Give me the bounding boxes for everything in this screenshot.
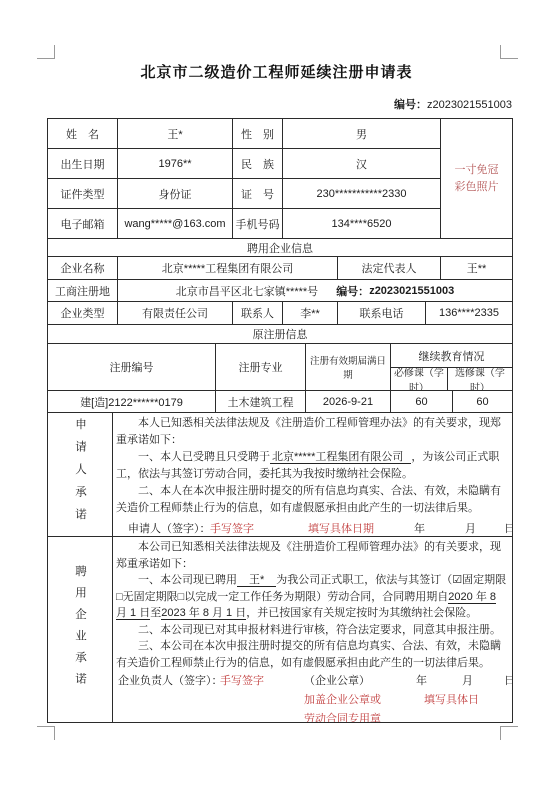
seal-hint-line2: 劳动合同专用章 bbox=[304, 710, 381, 723]
employer-signature-row: 企业负责人（签字）： 手写签字 （企业公章） 年 月 日 bbox=[116, 672, 509, 689]
company-label: 企业名称 bbox=[48, 257, 118, 280]
contact-value: 李** bbox=[283, 302, 338, 325]
reg-addr-value: 北京市昌平区北七家镇*****号 编号： z2023021551003 bbox=[118, 280, 513, 302]
table-row: 姓 名 王* 性 别 男 bbox=[48, 119, 441, 149]
id-no-value: 230***********2330 bbox=[283, 179, 441, 209]
mobile-value: 134****6520 bbox=[283, 209, 441, 239]
applicant-commitment-block: 申请人承诺 本人已知悉相关法律法规及《注册造价工程师管理办法》的有关要求，现郑重… bbox=[48, 413, 513, 537]
seal-hint-row: 加盖企业公章或 填写具体日 bbox=[116, 691, 509, 706]
reg-no-value: 建[造]2122******0179 bbox=[48, 391, 216, 413]
applicant-item2: 二、本人在本次申报注册时提交的所有信息均真实、合法、有效，未隐瞒有关造价工程师禁… bbox=[116, 483, 509, 517]
photo-note-line1: 一寸免冠 bbox=[455, 162, 499, 179]
month-label: 月 bbox=[462, 672, 473, 688]
table-row: 企业类型 有限责任公司 联系人 李** 联系电话 136****2335 bbox=[48, 302, 513, 325]
day-label: 日 bbox=[504, 672, 513, 688]
id-type-value: 身份证 bbox=[118, 179, 233, 209]
applicant-sign-hint: 手写签字 bbox=[210, 520, 254, 536]
contact-label: 联系人 bbox=[233, 302, 283, 325]
stamp-no-label: 编号： bbox=[336, 283, 369, 299]
form-number-label: 编号： bbox=[394, 99, 427, 111]
seal-hint-line1: 加盖企业公章或 bbox=[304, 691, 381, 707]
mobile-label: 手机号码 bbox=[233, 209, 283, 239]
form-number: 编号：z2023021551003 bbox=[47, 96, 512, 112]
elective-hours-value: 60 bbox=[453, 391, 513, 413]
applicant-date-hint: 填写具体日期 bbox=[308, 520, 374, 536]
major-value: 土木建筑工程 bbox=[216, 391, 306, 413]
stamp-no-value: z2023021551003 bbox=[369, 285, 454, 297]
page-title: 北京市二级造价工程师延续注册申请表 bbox=[0, 61, 553, 82]
year-label: 年 bbox=[416, 672, 427, 688]
employer-item1-name: 王* bbox=[237, 574, 276, 587]
employer-commitment-content: 本公司已知悉相关法律法规及《注册造价工程师管理办法》的有关要求，现郑重承诺如下：… bbox=[113, 537, 513, 723]
document-page: 北京市二级造价工程师延续注册申请表 编号：z2023021551003 姓 名 … bbox=[0, 0, 553, 789]
tel-value: 136****2335 bbox=[426, 302, 513, 325]
employer-sign-hint: 手写签字 bbox=[220, 672, 264, 688]
personal-info-block: 姓 名 王* 性 别 男 出生日期 1976** 民 族 汉 证件类型 身份证 … bbox=[48, 119, 513, 239]
legal-rep-label: 法定代表人 bbox=[338, 257, 441, 280]
day-label: 日 bbox=[504, 520, 513, 536]
applicant-signature-row: 申请人（签字）： 手写签字 填写具体日期 年 月 日 bbox=[116, 520, 509, 537]
year-label: 年 bbox=[414, 520, 425, 536]
crop-mark-bottom-left bbox=[37, 726, 55, 740]
table-row: 企业名称 北京*****工程集团有限公司 法定代表人 王** bbox=[48, 257, 513, 280]
gender-value: 男 bbox=[283, 119, 441, 149]
employer-date-hint: 填写具体日 bbox=[424, 691, 479, 707]
applicant-intro: 本人已知悉相关法律法规及《注册造价工程师管理办法》的有关要求，现郑重承诺如下： bbox=[116, 415, 509, 449]
employer-item2: 二、本公司现已对其申报材料进行审核，符合法定要求，同意其申报注册。 bbox=[116, 622, 509, 639]
id-type-label: 证件类型 bbox=[48, 179, 118, 209]
original-reg-section-header: 原注册信息 bbox=[48, 325, 513, 344]
employer-section-header: 聘用企业信息 bbox=[48, 239, 513, 257]
name-label: 姓 名 bbox=[48, 119, 118, 149]
table-row: 证件类型 身份证 证 号 230***********2330 bbox=[48, 179, 441, 209]
original-reg-section-title: 原注册信息 bbox=[48, 325, 513, 344]
employer-sign-label: 企业负责人（签字）： bbox=[118, 672, 223, 688]
reg-no-header: 注册编号 bbox=[48, 344, 216, 391]
company-type-value: 有限责任公司 bbox=[118, 302, 233, 325]
employer-section-title: 聘用企业信息 bbox=[48, 239, 513, 257]
form-number-value: z2023021551003 bbox=[427, 99, 512, 111]
applicant-commitment-side-label: 申请人承诺 bbox=[48, 413, 113, 537]
birth-label: 出生日期 bbox=[48, 149, 118, 179]
original-reg-header-row: 注册编号 注册专业 注册有效期届满日期 继续教育情况 必修课（学时） 选修课（学… bbox=[48, 344, 513, 391]
reg-addr-text: 北京市昌平区北七家镇*****号 bbox=[176, 283, 318, 299]
applicant-item1-company: 北京*****工程集团有限公司 bbox=[270, 451, 411, 464]
expiry-value: 2026-9-21 bbox=[306, 391, 391, 413]
company-seal-label: （企业公章） bbox=[304, 672, 370, 688]
ethnic-value: 汉 bbox=[283, 149, 441, 179]
photo-note-line2: 彩色照片 bbox=[455, 179, 499, 196]
gender-label: 性 别 bbox=[233, 119, 283, 149]
reg-addr-label: 工商注册地 bbox=[48, 280, 118, 302]
table-row: 出生日期 1976** 民 族 汉 bbox=[48, 149, 441, 179]
ethnic-label: 民 族 bbox=[233, 149, 283, 179]
crop-mark-top-right bbox=[500, 45, 518, 59]
application-form-table: 姓 名 王* 性 别 男 出生日期 1976** 民 族 汉 证件类型 身份证 … bbox=[47, 118, 513, 723]
email-value: wang*****@163.com bbox=[118, 209, 233, 239]
month-label: 月 bbox=[465, 520, 476, 536]
employer-item3: 三、本公司在本次申报注册时提交的所有信息均真实、合法、有效，未隐瞒有关造价工程师… bbox=[116, 638, 509, 671]
crop-mark-bottom-right bbox=[500, 726, 518, 740]
name-value: 王* bbox=[118, 119, 233, 149]
employer-item1: 一、本公司现已聘用王*为我公司正式职工，依法与其签订（☑固定期限 □无固定期限□… bbox=[116, 572, 509, 622]
applicant-commitment-content: 本人已知悉相关法律法规及《注册造价工程师管理办法》的有关要求，现郑重承诺如下： … bbox=[113, 413, 513, 537]
original-reg-data-row: 建[造]2122******0179 土木建筑工程 2026-9-21 60 6… bbox=[48, 391, 513, 413]
legal-rep-value: 王** bbox=[441, 257, 513, 280]
seal-hint-row2: 劳动合同专用章 bbox=[116, 710, 509, 723]
required-course-header: 必修课（学时） bbox=[391, 368, 448, 391]
employer-item1-date-end: 2023 年 8 月 1 日 bbox=[161, 607, 246, 620]
birth-value: 1976** bbox=[118, 149, 233, 179]
table-row: 工商注册地 北京市昌平区北七家镇*****号 编号： z202302155100… bbox=[48, 280, 513, 302]
id-no-label: 证 号 bbox=[233, 179, 283, 209]
applicant-item1: 一、本人已受聘且只受聘于北京*****工程集团有限公司，为该公司正式职工，依法与… bbox=[116, 449, 509, 483]
applicant-sign-label: 申请人（签字）： bbox=[128, 520, 211, 536]
elective-course-header: 选修课（学时） bbox=[448, 368, 513, 391]
photo-placeholder: 一寸免冠 彩色照片 bbox=[441, 119, 513, 239]
continuing-education-header: 继续教育情况 bbox=[391, 344, 513, 368]
company-type-label: 企业类型 bbox=[48, 302, 118, 325]
company-value: 北京*****工程集团有限公司 bbox=[118, 257, 338, 280]
continuing-education-header-group: 继续教育情况 必修课（学时） 选修课（学时） bbox=[391, 344, 513, 391]
crop-mark-top-left bbox=[37, 45, 55, 59]
table-row: 电子邮箱 wang*****@163.com 手机号码 134****6520 bbox=[48, 209, 441, 239]
required-hours-value: 60 bbox=[391, 391, 453, 413]
employer-commitment-block: 聘用企业承诺 本公司已知悉相关法律法规及《注册造价工程师管理办法》的有关要求，现… bbox=[48, 537, 513, 723]
employer-intro: 本公司已知悉相关法律法规及《注册造价工程师管理办法》的有关要求，现郑重承诺如下： bbox=[116, 539, 509, 572]
employer-commitment-side-label: 聘用企业承诺 bbox=[48, 537, 113, 723]
tel-label: 联系电话 bbox=[338, 302, 426, 325]
email-label: 电子邮箱 bbox=[48, 209, 118, 239]
expiry-header: 注册有效期届满日期 bbox=[306, 344, 391, 391]
major-header: 注册专业 bbox=[216, 344, 306, 391]
